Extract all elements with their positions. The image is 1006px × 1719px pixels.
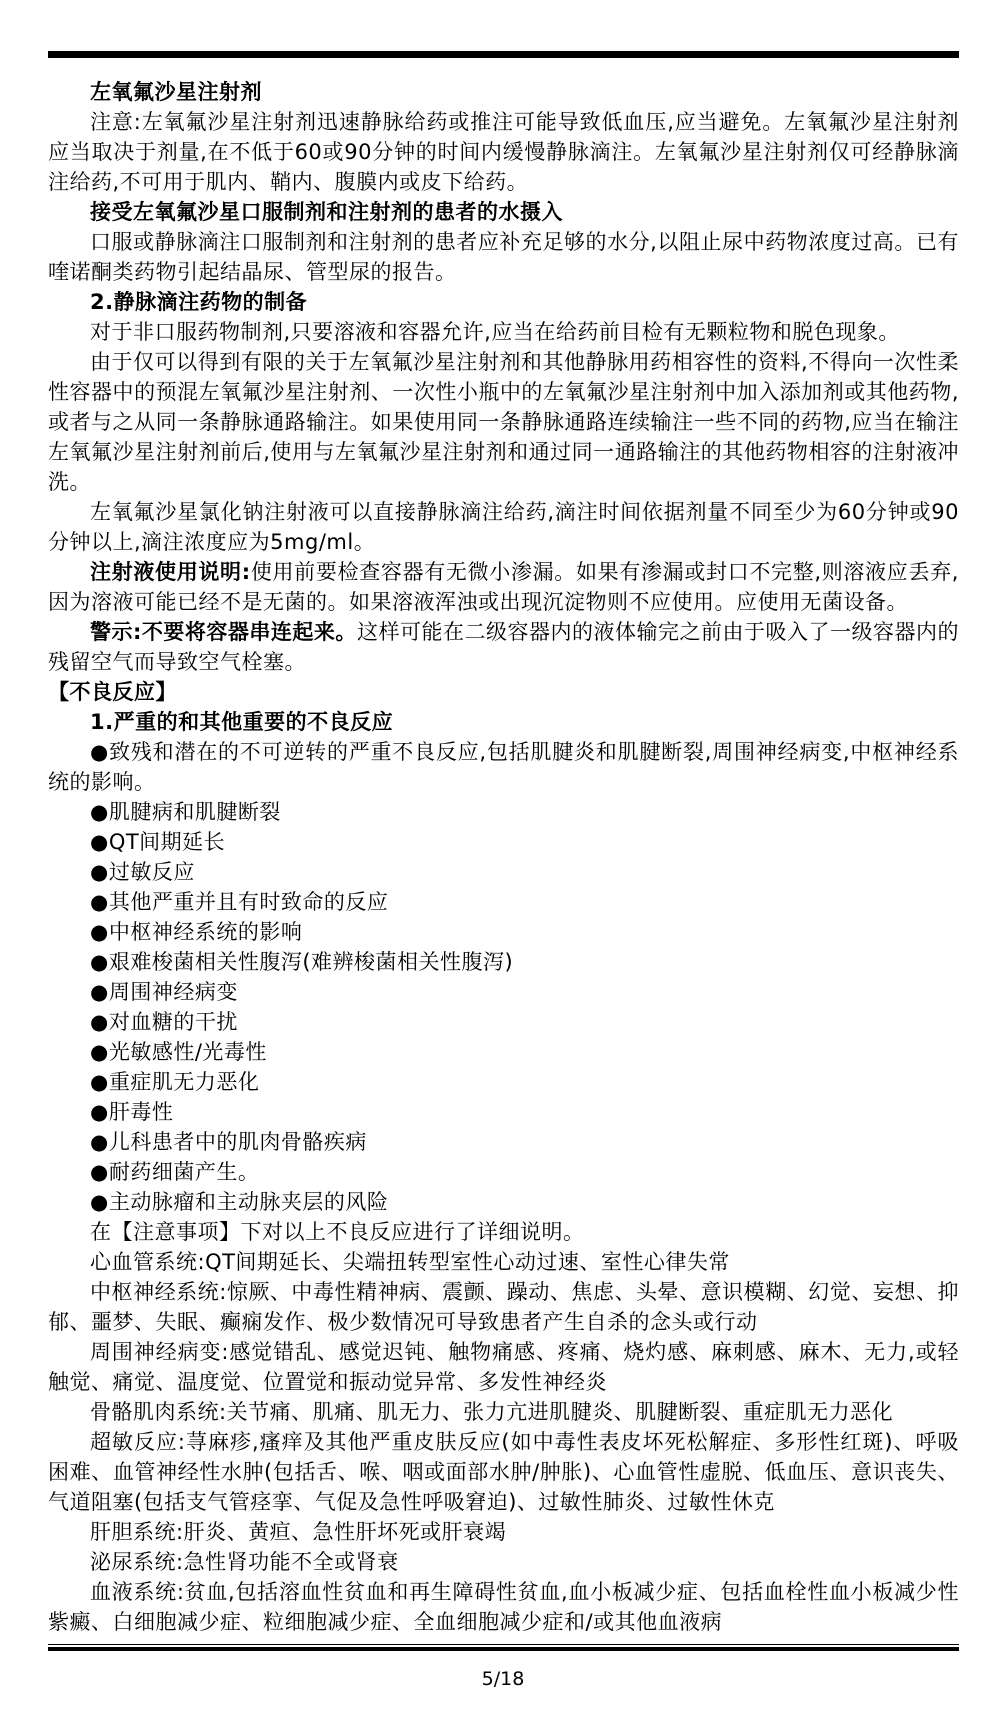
bullet-icon: ● — [90, 1160, 109, 1184]
paragraph: 左氧氟沙星氯化钠注射液可以直接静脉滴注给药,滴注时间依据剂量不同至少为60分钟或… — [48, 497, 959, 557]
paragraph: 心血管系统:QT间期延长、尖端扭转型室性心动过速、室性心律失常 — [48, 1247, 959, 1277]
bullet-icon: ● — [90, 800, 109, 824]
section-title: 【不良反应】 — [48, 677, 959, 707]
bullet-icon: ● — [90, 830, 109, 854]
paragraph: 泌尿系统:急性肾功能不全或肾衰 — [48, 1547, 959, 1577]
bold-run: 注射液使用说明: — [90, 560, 251, 584]
bullet-item: ●其他严重并且有时致命的反应 — [48, 887, 959, 917]
heading: 1.严重的和其他重要的不良反应 — [48, 707, 959, 737]
bullet-icon: ● — [90, 920, 109, 944]
paragraph: 中枢神经系统:惊厥、中毒性精神病、震颤、躁动、焦虑、头晕、意识模糊、幻觉、妄想、… — [48, 1277, 959, 1337]
footer-rule-thick — [48, 1647, 959, 1651]
bullet-icon: ● — [90, 1190, 109, 1214]
bullet-item: ●对血糖的干扰 — [48, 1007, 959, 1037]
paragraph: 周围神经病变:感觉错乱、感觉迟钝、触物痛感、疼痛、烧灼感、麻刺感、麻木、无力,或… — [48, 1337, 959, 1397]
heading: 2.静脉滴注药物的制备 — [48, 287, 959, 317]
bullet-icon: ● — [90, 1070, 109, 1094]
bullet-item: ●中枢神经系统的影响 — [48, 917, 959, 947]
bullet-item: ●耐药细菌产生。 — [48, 1157, 959, 1187]
bullet-icon: ● — [90, 1130, 109, 1154]
bullet-icon: ● — [90, 980, 109, 1004]
bullet-item: ●周围神经病变 — [48, 977, 959, 1007]
paragraph: 警示:不要将容器串连起来。这样可能在二级容器内的液体输完之前由于吸入了一级容器内… — [48, 617, 959, 677]
paragraph: 在【注意事项】下对以上不良反应进行了详细说明。 — [48, 1217, 959, 1247]
bullet-icon: ● — [90, 740, 109, 764]
paragraph: 肝胆系统:肝炎、黄疸、急性肝坏死或肝衰竭 — [48, 1517, 959, 1547]
bullet-item: ●肌腱病和肌腱断裂 — [48, 797, 959, 827]
paragraph: 注射液使用说明:使用前要检查容器有无微小渗漏。如果有渗漏或封口不完整,则溶液应丢… — [48, 557, 959, 617]
top-rule — [48, 51, 959, 58]
bullet-icon: ● — [90, 890, 109, 914]
footer-rule-thin — [48, 1644, 959, 1645]
heading: 左氧氟沙星注射剂 — [48, 77, 959, 107]
paragraph: 注意:左氧氟沙星注射剂迅速静脉给药或推注可能导致低血压,应当避免。左氧氟沙星注射… — [48, 107, 959, 197]
paragraph: 口服或静脉滴注口服制剂和注射剂的患者应补充足够的水分,以阻止尿中药物浓度过高。已… — [48, 227, 959, 287]
bullet-icon: ● — [90, 1010, 109, 1034]
paragraph: 由于仅可以得到有限的关于左氧氟沙星注射剂和其他静脉用药相容性的资料,不得向一次性… — [48, 347, 959, 497]
bullet-item: ●重症肌无力恶化 — [48, 1067, 959, 1097]
document-page: 左氧氟沙星注射剂注意:左氧氟沙星注射剂迅速静脉给药或推注可能导致低血压,应当避免… — [0, 0, 1006, 1719]
bullet-icon: ● — [90, 950, 109, 974]
bullet-item: ●艰难梭菌相关性腹泻(难辨梭菌相关性腹泻) — [48, 947, 959, 977]
bullet-item: ●肝毒性 — [48, 1097, 959, 1127]
page-number: 5/18 — [0, 1668, 1006, 1690]
paragraph: 超敏反应:荨麻疹,瘙痒及其他严重皮肤反应(如中毒性表皮坏死松解症、多形性红斑)、… — [48, 1427, 959, 1517]
bold-run: 警示:不要将容器串连起来。 — [90, 620, 357, 644]
bullet-icon: ● — [90, 1100, 109, 1124]
paragraph: 骨骼肌肉系统:关节痛、肌痛、肌无力、张力亢进肌腱炎、肌腱断裂、重症肌无力恶化 — [48, 1397, 959, 1427]
heading: 接受左氧氟沙星口服制剂和注射剂的患者的水摄入 — [48, 197, 959, 227]
bullet-item: ●QT间期延长 — [48, 827, 959, 857]
bullet-item: ●儿科患者中的肌肉骨骼疾病 — [48, 1127, 959, 1157]
bullet-item: ●光敏感性/光毒性 — [48, 1037, 959, 1067]
bullet-item: ●过敏反应 — [48, 857, 959, 887]
bullet-item: ●主动脉瘤和主动脉夹层的风险 — [48, 1187, 959, 1217]
bullet-item: ●致残和潜在的不可逆转的严重不良反应,包括肌腱炎和肌腱断裂,周围神经病变,中枢神… — [48, 737, 959, 797]
bullet-icon: ● — [90, 1040, 109, 1064]
paragraph: 血液系统:贫血,包括溶血性贫血和再生障碍性贫血,血小板减少症、包括血栓性血小板减… — [48, 1577, 959, 1637]
paragraph: 对于非口服药物制剂,只要溶液和容器允许,应当在给药前目检有无颗粒物和脱色现象。 — [48, 317, 959, 347]
bullet-icon: ● — [90, 860, 109, 884]
document-body: 左氧氟沙星注射剂注意:左氧氟沙星注射剂迅速静脉给药或推注可能导致低血压,应当避免… — [48, 77, 959, 1637]
